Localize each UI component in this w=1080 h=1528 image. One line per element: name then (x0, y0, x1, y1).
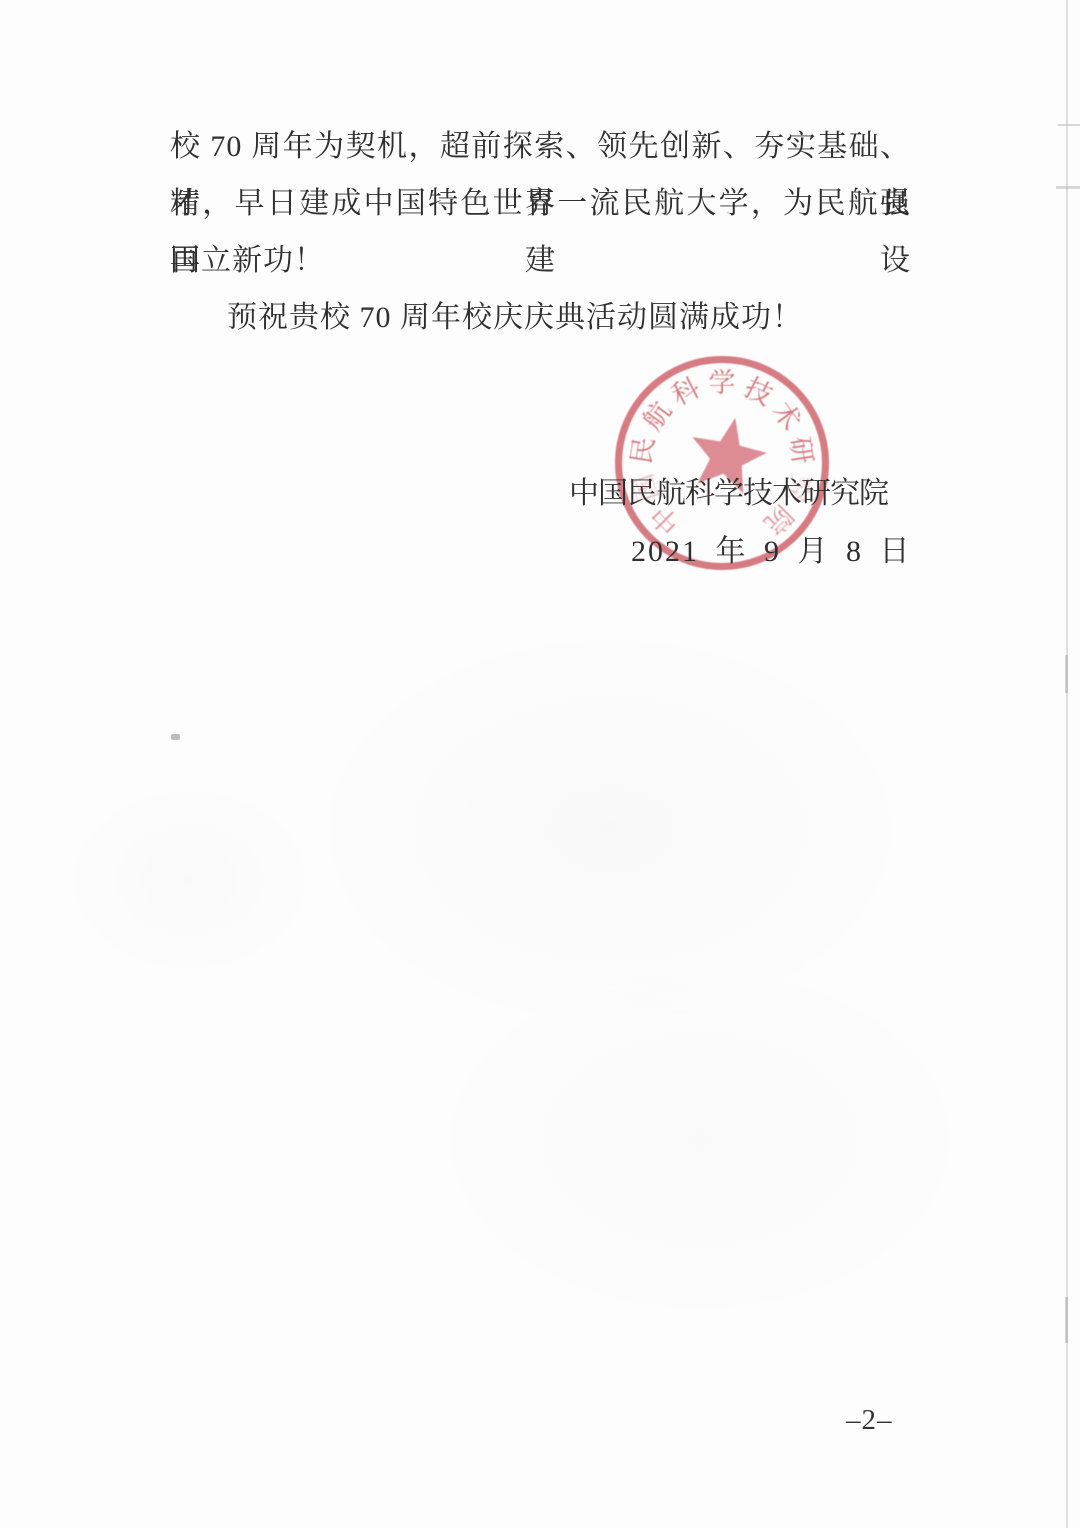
scanned-letter-page: 校 70 周年为契机，超前探索、领先创新、夯实基础、精育良 才，早日建成中国特色… (0, 0, 1080, 1528)
scan-bleedthrough-blotch (300, 620, 920, 1040)
closing-wish-line: 预祝贵校 70 周年校庆庆典活动圆满成功！ (170, 289, 911, 346)
scan-artifact-tick (1056, 186, 1080, 189)
scan-artifact-segment (1065, 655, 1068, 693)
signature-date: 2021 年 9 月 8 日 (631, 526, 912, 570)
letter-body: 校 70 周年为契机，超前探索、领先创新、夯实基础、精育良 才，早日建成中国特色… (170, 118, 911, 346)
seal-char: 民 (626, 435, 660, 466)
body-line-1: 校 70 周年为契机，超前探索、领先创新、夯实基础、精育良 (170, 118, 911, 175)
seal-char: 学 (709, 368, 736, 398)
scan-artifact-segment (1065, 1297, 1068, 1343)
seal-char: 术 (767, 396, 807, 435)
scan-bleedthrough-blotch (420, 950, 980, 1330)
seal-char: 研 (784, 435, 818, 466)
signature-org-name: 中国民航科学技术研究院 (569, 468, 888, 512)
seal-char: 技 (739, 372, 777, 411)
seal-char: 科 (667, 372, 705, 411)
scan-bleedthrough-blotch (60, 780, 320, 980)
scan-speck (171, 734, 180, 740)
body-line-2: 才，早日建成中国特色世界一流民航大学，为民航强国建设 (170, 175, 911, 232)
scan-artifact-tick (1058, 124, 1080, 126)
page-number: –2– (846, 1404, 893, 1437)
seal-char: 航 (637, 396, 677, 435)
